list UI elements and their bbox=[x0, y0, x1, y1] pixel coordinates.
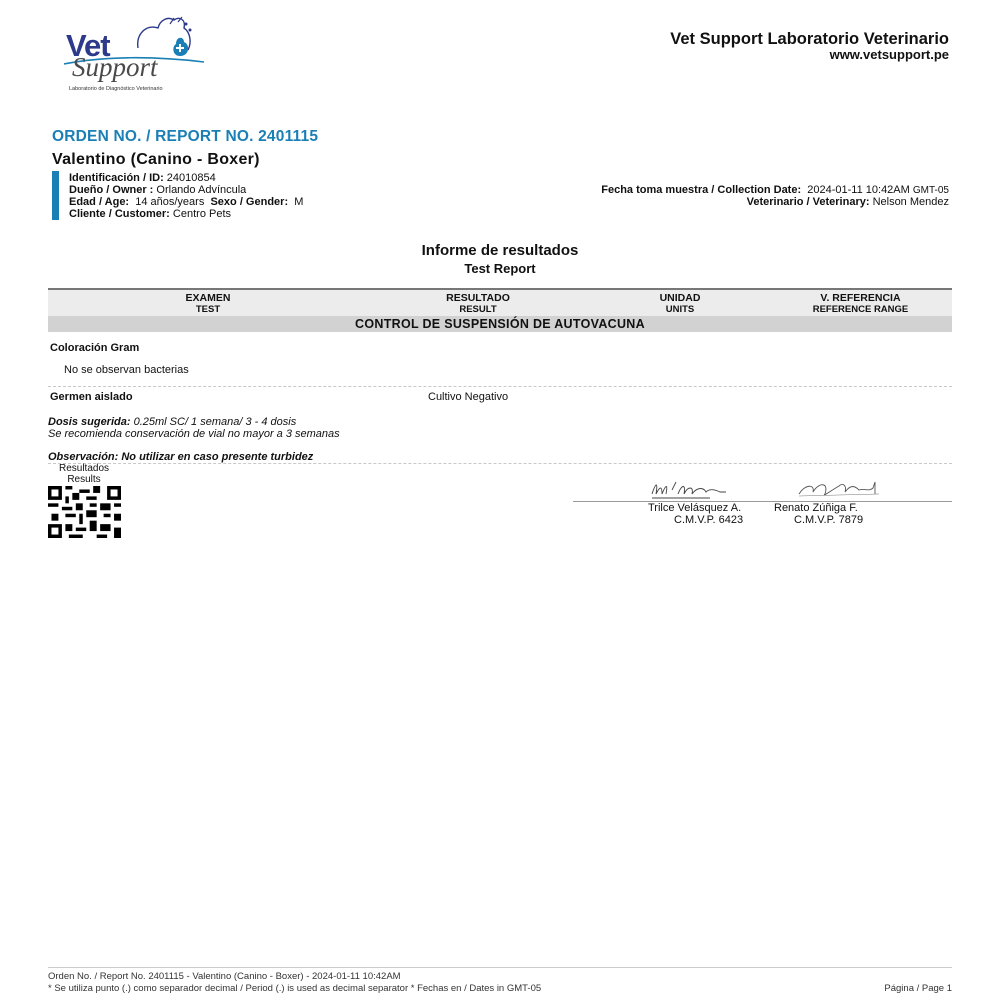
signature-line bbox=[573, 501, 952, 502]
patient-customer: Cliente / Customer: Centro Pets bbox=[69, 208, 231, 220]
footer-divider bbox=[48, 967, 952, 968]
accent-bar bbox=[52, 171, 59, 220]
signer-2-name: Renato Zúñiga F. bbox=[774, 502, 858, 514]
customer-label: Cliente / Customer: bbox=[69, 208, 170, 220]
collection-timezone: GMT-05 bbox=[913, 185, 949, 196]
report-number: ORDEN NO. / REPORT NO. 2401115 bbox=[52, 128, 318, 146]
logo-tagline: Laboratorio de Diagnóstico Veterinario bbox=[69, 86, 163, 92]
signature-zuniga-icon bbox=[795, 478, 885, 500]
lab-website: www.vetsupport.pe bbox=[830, 47, 949, 62]
row-divider bbox=[48, 386, 952, 387]
table-header: EXAMEN TEST RESULTADO RESULT UNIDAD UNIT… bbox=[48, 288, 952, 317]
sex-label: Sexo / Gender: bbox=[210, 196, 288, 208]
collection-date-value: 2024-01-11 10:42AM bbox=[807, 184, 910, 196]
test-gram-label: Coloración Gram bbox=[50, 342, 139, 354]
owner-value: Orlando Advíncula bbox=[156, 184, 246, 196]
header-units: UNIDAD UNITS bbox=[630, 293, 730, 315]
row-divider bbox=[48, 463, 952, 464]
lab-logo: Vet Support Laboratorio de Diagnóstico V… bbox=[60, 14, 210, 96]
observation-note: Observación: No utilizar en caso present… bbox=[48, 451, 313, 463]
footer-note: * Se utiliza punto (.) como separador de… bbox=[48, 983, 541, 994]
patient-age-sex: Edad / Age: 14 años/years Sexo / Gender:… bbox=[69, 196, 303, 208]
test-germ-result: Cultivo Negativo bbox=[428, 391, 508, 403]
id-label: Identificación / ID: bbox=[69, 172, 164, 184]
patient-title: Valentino (Canino - Boxer) bbox=[52, 151, 260, 169]
signer-1-license: C.M.V.P. 6423 bbox=[674, 514, 743, 526]
patient-id: Identificación / ID: 24010854 bbox=[69, 172, 216, 184]
logo-brand-bottom: Support bbox=[72, 52, 158, 83]
test-gram-result: No se observan bacterias bbox=[64, 364, 189, 376]
header-result: RESULTADO RESULT bbox=[413, 293, 543, 315]
signer-1-name: Trilce Velásquez A. bbox=[648, 502, 741, 514]
veterinarian: Veterinario / Veterinary: Nelson Mendez bbox=[747, 196, 949, 208]
vet-value: Nelson Mendez bbox=[873, 196, 949, 208]
footer-report-line: Orden No. / Report No. 2401115 - Valenti… bbox=[48, 971, 401, 982]
qr-label-en: Results bbox=[48, 474, 120, 485]
id-value: 24010854 bbox=[167, 172, 216, 184]
dose-label: Dosis sugerida: bbox=[48, 416, 131, 428]
age-value: 14 años/years bbox=[135, 196, 204, 208]
page-number: Página / Page 1 bbox=[884, 983, 952, 994]
header-reference: V. REFERENCIA REFERENCE RANGE bbox=[788, 293, 933, 315]
signer-2-license: C.M.V.P. 7879 bbox=[794, 514, 863, 526]
customer-value: Centro Pets bbox=[173, 208, 231, 220]
patient-owner: Dueño / Owner : Orlando Advíncula bbox=[69, 184, 246, 196]
section-title: CONTROL DE SUSPENSIÓN DE AUTOVACUNA bbox=[48, 316, 952, 332]
age-label: Edad / Age: bbox=[69, 196, 129, 208]
dose-value: 0.25ml SC/ 1 semana/ 3 - 4 dosis bbox=[134, 416, 297, 428]
report-subtitle: Test Report bbox=[0, 261, 1000, 276]
storage-note: Se recomienda conservación de vial no ma… bbox=[48, 428, 340, 440]
test-germ-label: Germen aislado bbox=[50, 391, 133, 403]
sex-value: M bbox=[294, 196, 303, 208]
qr-code-icon[interactable] bbox=[48, 486, 121, 538]
signature-velasquez-icon bbox=[650, 478, 740, 500]
owner-label: Dueño / Owner : bbox=[69, 184, 153, 196]
header-test: EXAMEN TEST bbox=[143, 293, 273, 315]
report-title: Informe de resultados bbox=[0, 242, 1000, 259]
dose-note: Dosis sugerida: 0.25ml SC/ 1 semana/ 3 -… bbox=[48, 416, 296, 428]
qr-label-es: Resultados bbox=[48, 463, 120, 474]
collection-date-label: Fecha toma muestra / Collection Date: bbox=[601, 184, 801, 196]
vet-label: Veterinario / Veterinary: bbox=[747, 196, 870, 208]
